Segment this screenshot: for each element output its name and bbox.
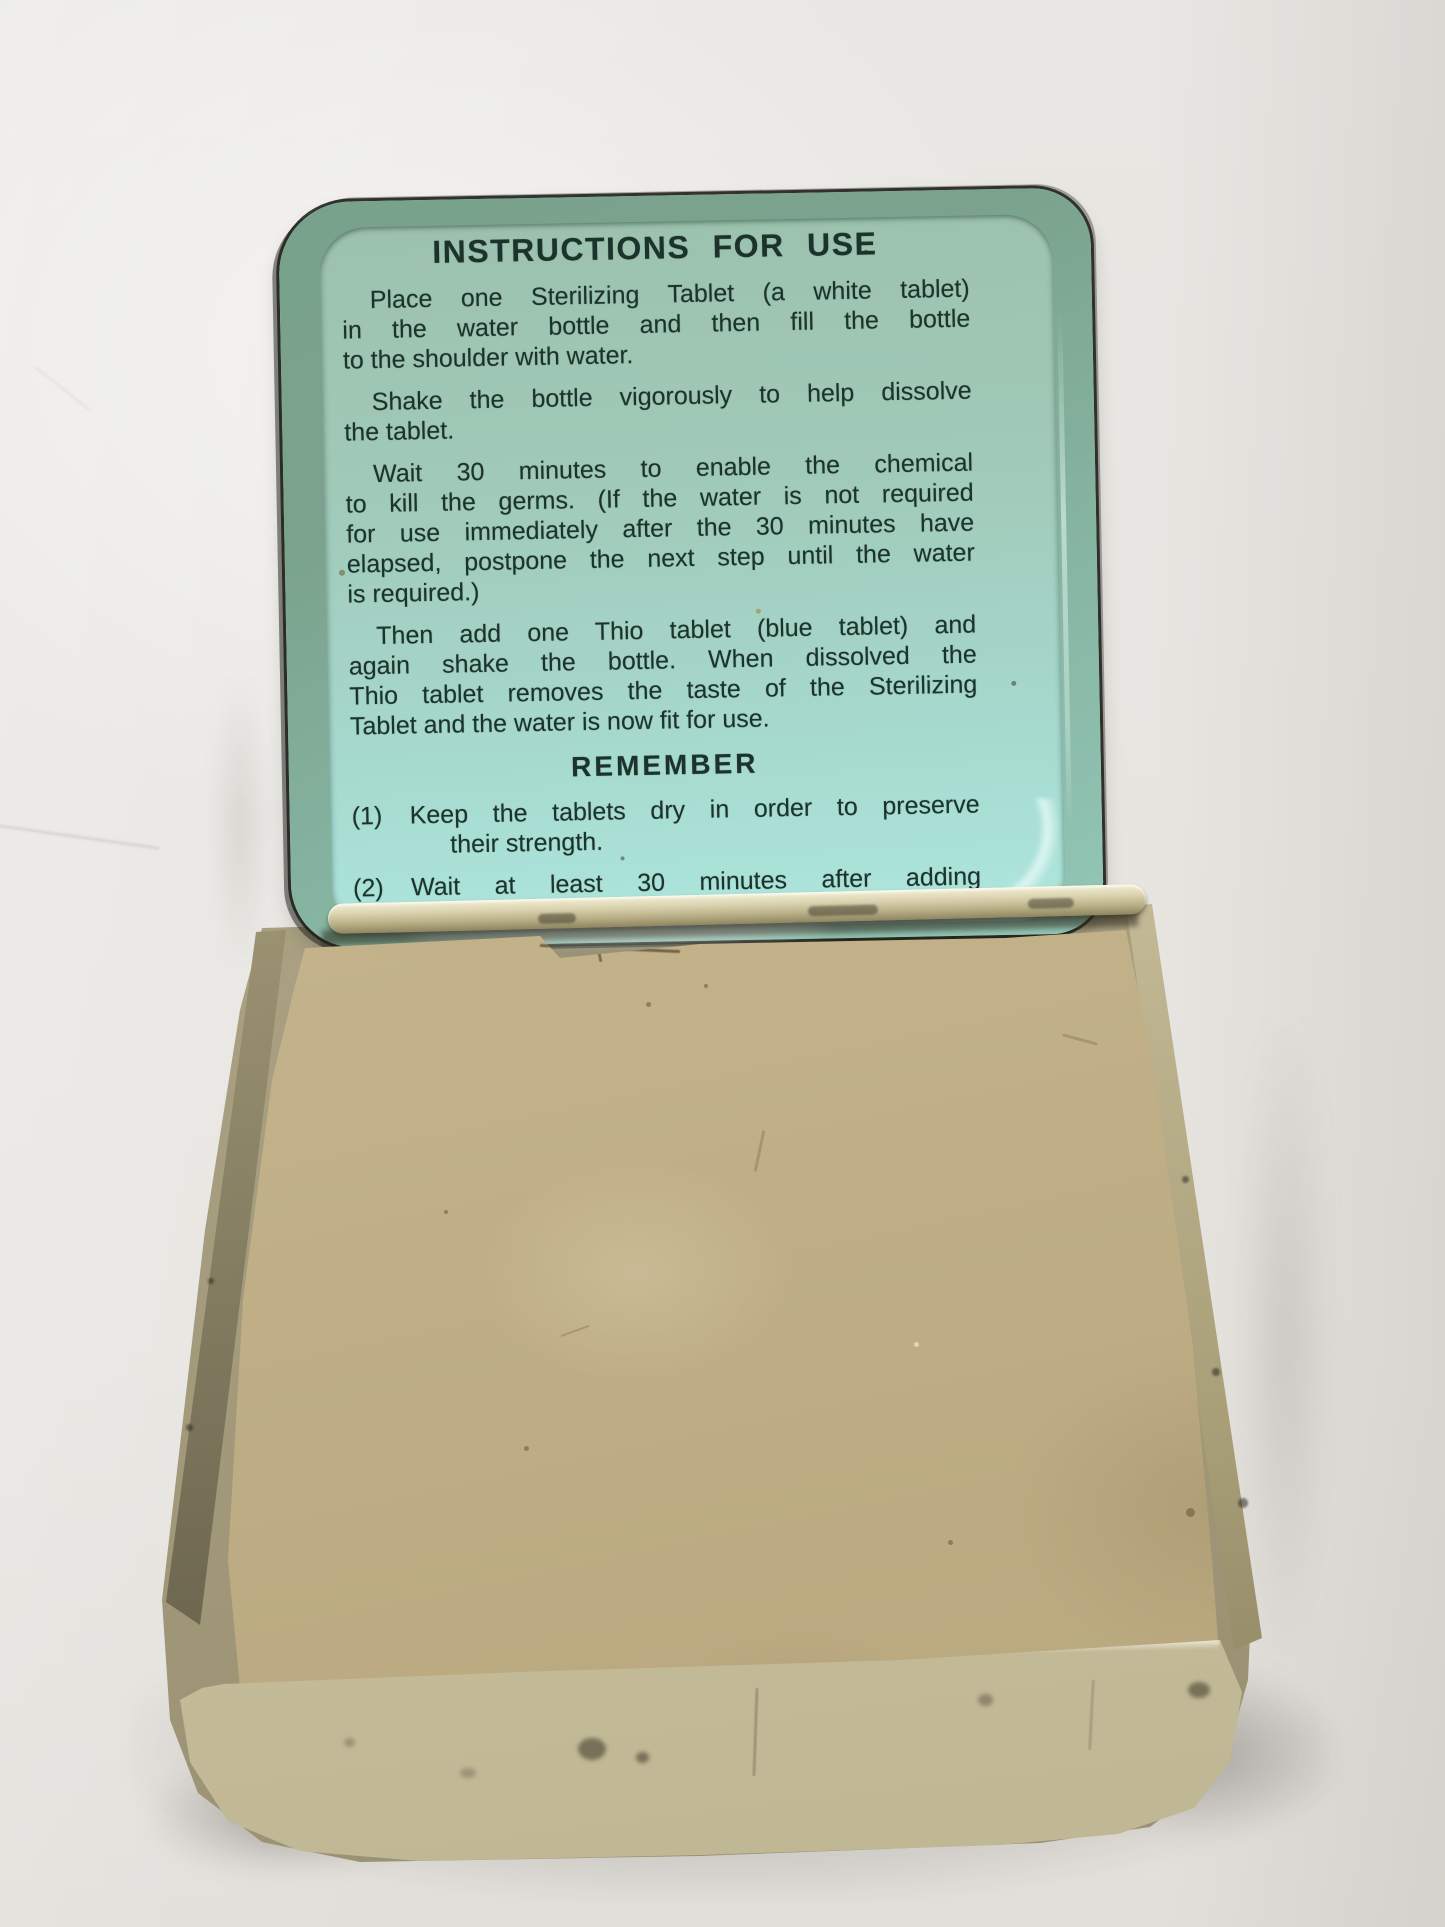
tarnish-spot bbox=[978, 1694, 993, 1706]
tarnish-spot bbox=[578, 1738, 606, 1760]
instructions-paragraphs: Place one Sterilizing Tablet (a white ta… bbox=[342, 274, 979, 742]
rim-speck bbox=[1238, 1498, 1248, 1508]
scratch-mark bbox=[1088, 1680, 1095, 1750]
tarnish-spot bbox=[636, 1752, 649, 1763]
rim-grime bbox=[1028, 898, 1074, 909]
cardboard-fleck bbox=[914, 1342, 919, 1347]
cardboard-speck bbox=[948, 1540, 953, 1545]
cast-shadow-right-wall bbox=[1240, 1020, 1330, 1660]
rim-speck bbox=[186, 1424, 193, 1431]
remember-heading: REMEMBER bbox=[350, 742, 979, 790]
rim-grime bbox=[808, 905, 878, 917]
lid-speck bbox=[1011, 681, 1016, 686]
tarnish-spot bbox=[344, 1738, 355, 1747]
tarnish-spot bbox=[1188, 1682, 1210, 1698]
rim-grime bbox=[538, 913, 576, 924]
backdrop-scratch bbox=[35, 367, 91, 412]
lid-instructions-text: INSTRUCTIONS FOR USE Place one Sterilizi… bbox=[341, 222, 982, 934]
photo-of-open-sterilizing-tablet-tin: INSTRUCTIONS FOR USE Place one Sterilizi… bbox=[0, 0, 1445, 1927]
cardboard-speck bbox=[704, 984, 708, 988]
rim-speck bbox=[1212, 1368, 1220, 1376]
cardboard-speck bbox=[444, 1210, 448, 1214]
lid-speck bbox=[339, 570, 345, 576]
tarnish-spot bbox=[460, 1768, 476, 1778]
rim-speck bbox=[1182, 1176, 1189, 1183]
remember-item: (1)Keep the tablets dry in order to pres… bbox=[351, 790, 980, 862]
cardboard-speck bbox=[524, 1446, 529, 1451]
instruction-paragraph: Wait 30 minutes to enable the chemicalto… bbox=[345, 448, 976, 610]
cardboard-speck bbox=[1186, 1508, 1195, 1517]
cardboard-fiber bbox=[1062, 1033, 1098, 1045]
instruction-paragraph: Place one Sterilizing Tablet (a white ta… bbox=[342, 274, 972, 376]
backdrop-seam-line bbox=[0, 823, 159, 850]
instruction-paragraph: Shake the bottle vigorously to help diss… bbox=[343, 376, 972, 448]
rim-speck bbox=[208, 1278, 214, 1284]
instruction-paragraph: Then add one Thio tablet (blue tablet) a… bbox=[348, 610, 978, 742]
scratch-mark bbox=[752, 1688, 758, 1776]
tin-lid-open: INSTRUCTIONS FOR USE Place one Sterilizi… bbox=[278, 187, 1104, 948]
cardboard-speck bbox=[646, 1002, 651, 1007]
cast-shadow-left-wall bbox=[215, 680, 265, 960]
cardboard-fiber bbox=[561, 1325, 590, 1337]
cardboard-fiber bbox=[754, 1130, 766, 1172]
item-number: (1) bbox=[351, 800, 410, 861]
